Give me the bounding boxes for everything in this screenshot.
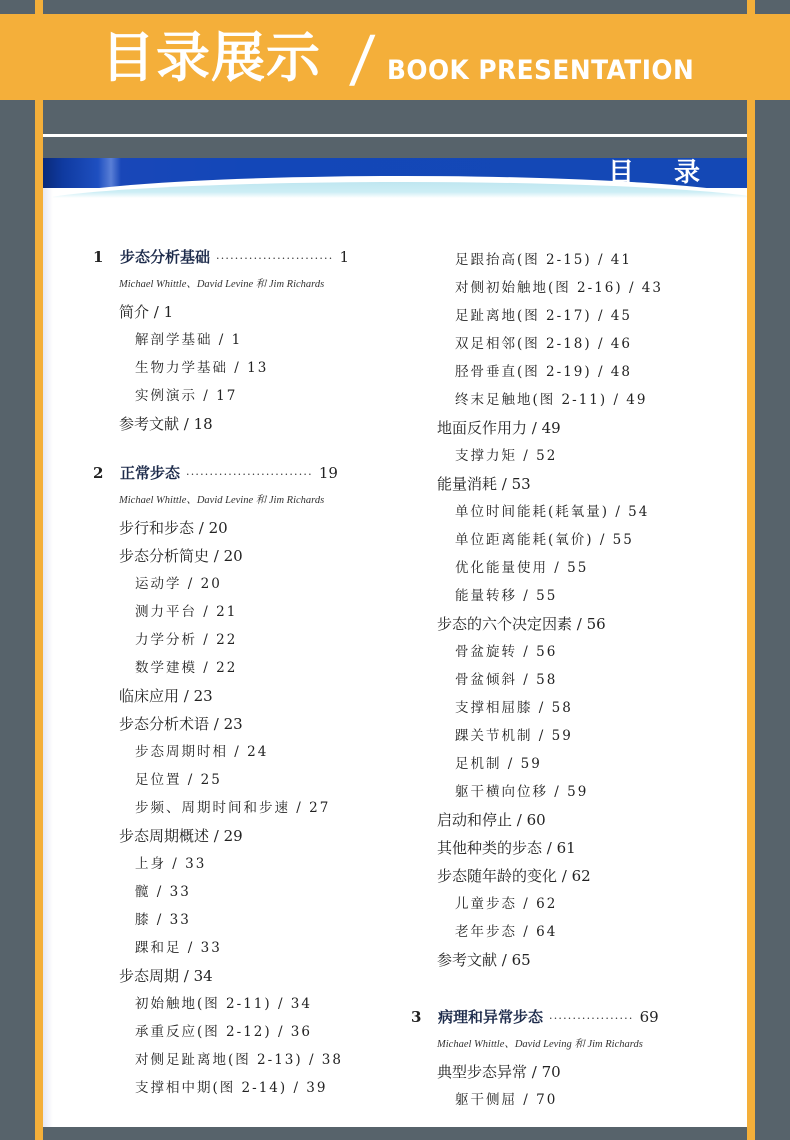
toc-entry[interactable]: 其他种类的步态 / 61 (435, 834, 735, 862)
toc-subentry[interactable]: 足跟抬高(图 2-15) / 41 (435, 246, 735, 274)
toc-chapter-2: 2 正常步态 ··························· 19 Mi… (93, 462, 423, 1102)
chapter-heading[interactable]: 1 步态分析基础 ························· 1 (93, 246, 423, 276)
toc-entry[interactable]: 临床应用 / 23 (93, 682, 423, 710)
chapter-authors: Michael Whittle、David Levine 和 Jim Richa… (93, 276, 423, 298)
banner-title-cn: 目录展示 (101, 30, 321, 86)
chapter-heading[interactable]: 3 病理和异常步态 ·················· 69 (411, 1006, 735, 1036)
toc-subentry[interactable]: 足机制 / 59 (435, 750, 735, 778)
toc-subentry[interactable]: 躯干侧屈 / 70 (435, 1086, 735, 1114)
toc-entry[interactable]: 步态周期 / 34 (93, 962, 423, 990)
toc-column-left: 1 步态分析基础 ························· 1 Mic… (93, 246, 423, 1102)
toc-chapter-3: 3 病理和异常步态 ·················· 69 Michael … (435, 1006, 735, 1114)
toc-subentry[interactable]: 步态周期时相 / 24 (93, 738, 423, 766)
toc-subentry[interactable]: 老年步态 / 64 (435, 918, 735, 946)
toc-subentry[interactable]: 双足相邻(图 2-18) / 46 (435, 330, 735, 358)
toc-subentry[interactable]: 对侧初始触地(图 2-16) / 43 (435, 274, 735, 302)
chapter-gap (93, 438, 423, 462)
toc-subentry[interactable]: 支撑相屈膝 / 58 (435, 694, 735, 722)
toc-entry[interactable]: 步态周期概述 / 29 (93, 822, 423, 850)
right-accent-line (747, 0, 755, 1140)
toc-entry[interactable]: 参考文献 / 65 (435, 946, 735, 974)
toc-entry[interactable]: 能量消耗 / 53 (435, 470, 735, 498)
toc-entry[interactable]: 步态的六个决定因素 / 56 (435, 610, 735, 638)
toc-subentry[interactable]: 踝和足 / 33 (93, 934, 423, 962)
book-page: 目录 1 步态分析基础 ························· 1 … (43, 158, 747, 1127)
toc-subentry[interactable]: 初始触地(图 2-11) / 34 (93, 990, 423, 1018)
banner-separator: / (348, 24, 376, 94)
toc-subentry[interactable]: 测力平台 / 21 (93, 598, 423, 626)
toc-subentry[interactable]: 足趾离地(图 2-17) / 45 (435, 302, 735, 330)
toc-subentry[interactable]: 上身 / 33 (93, 850, 423, 878)
toc-subentry[interactable]: 生物力学基础 / 13 (93, 354, 423, 382)
toc-subentry[interactable]: 足位置 / 25 (93, 766, 423, 794)
chapter-authors: Michael Whittle、David Levine 和 Jim Richa… (93, 492, 423, 514)
toc-subentry[interactable]: 对侧足趾离地(图 2-13) / 38 (93, 1046, 423, 1074)
toc-subentry[interactable]: 单位时间能耗(耗氧量) / 54 (435, 498, 735, 526)
toc-entry[interactable]: 步行和步态 / 20 (93, 514, 423, 542)
toc-subentry[interactable]: 能量转移 / 55 (435, 582, 735, 610)
toc-entry[interactable]: 步态随年龄的变化 / 62 (435, 862, 735, 890)
header-banner: 目录展示 / BOOK PRESENTATION (0, 14, 790, 100)
chapter-authors: Michael Whittle、David Leving 和 Jim Richa… (435, 1036, 735, 1058)
toc-subentry[interactable]: 终末足触地(图 2-11) / 49 (435, 386, 735, 414)
chapter-title: 步态分析基础 (120, 246, 210, 267)
toc-subentry[interactable]: 骨盆旋转 / 56 (435, 638, 735, 666)
toc-chapter-1: 1 步态分析基础 ························· 1 Mic… (93, 246, 423, 438)
toc-subentry[interactable]: 儿童步态 / 62 (435, 890, 735, 918)
chapter-number: 1 (93, 248, 120, 266)
toc-subentry[interactable]: 支撑力矩 / 52 (435, 442, 735, 470)
chapter-title: 病理和异常步态 (438, 1006, 543, 1027)
chapter-title: 正常步态 (120, 462, 180, 483)
chapter-number: 3 (411, 1008, 438, 1026)
chapter-number: 2 (93, 464, 120, 482)
chapter-heading[interactable]: 2 正常步态 ··························· 19 (93, 462, 423, 492)
toc-entry[interactable]: 步态分析术语 / 23 (93, 710, 423, 738)
toc-entry[interactable]: 简介 / 1 (93, 298, 423, 326)
chapter-page: 19 (319, 464, 338, 482)
toc-subentry[interactable]: 承重反应(图 2-12) / 36 (93, 1018, 423, 1046)
toc-subentry[interactable]: 力学分析 / 22 (93, 626, 423, 654)
toc-subentry[interactable]: 数学建模 / 22 (93, 654, 423, 682)
toc-subentry[interactable]: 优化能量使用 / 55 (435, 554, 735, 582)
chapter-gap (435, 974, 735, 1006)
toc-subentry[interactable]: 胫骨垂直(图 2-19) / 48 (435, 358, 735, 386)
page-binding-shadow (43, 188, 53, 1127)
divider-line (43, 134, 747, 137)
toc-subentry[interactable]: 踝关节机制 / 59 (435, 722, 735, 750)
toc-subentry[interactable]: 单位距离能耗(氧价) / 55 (435, 526, 735, 554)
toc-entry[interactable]: 参考文献 / 18 (93, 410, 423, 438)
toc-chapter-2-continued: 足跟抬高(图 2-15) / 41 对侧初始触地(图 2-16) / 43 足趾… (435, 246, 735, 974)
toc-entry[interactable]: 典型步态异常 / 70 (435, 1058, 735, 1086)
left-accent-line (35, 0, 43, 1140)
toc-entry[interactable]: 启动和停止 / 60 (435, 806, 735, 834)
toc-subentry[interactable]: 运动学 / 20 (93, 570, 423, 598)
chapter-page: 1 (339, 248, 349, 266)
banner-title-en: BOOK PRESENTATION (387, 54, 694, 88)
toc-entry[interactable]: 地面反作用力 / 49 (435, 414, 735, 442)
toc-entry[interactable]: 步态分析简史 / 20 (93, 542, 423, 570)
dot-leader: ··························· (180, 468, 319, 481)
toc-subentry[interactable]: 支撑相中期(图 2-14) / 39 (93, 1074, 423, 1102)
dot-leader: ·················· (543, 1012, 640, 1025)
toc-subentry[interactable]: 步频、周期时间和步速 / 27 (93, 794, 423, 822)
toc-subentry[interactable]: 骨盆倾斜 / 58 (435, 666, 735, 694)
toc-subentry[interactable]: 髋 / 33 (93, 878, 423, 906)
chapter-page: 69 (640, 1008, 659, 1026)
toc-subentry[interactable]: 膝 / 33 (93, 906, 423, 934)
page-heading: 目录 (608, 158, 740, 189)
toc-subentry[interactable]: 躯干横向位移 / 59 (435, 778, 735, 806)
toc-subentry[interactable]: 解剖学基础 / 1 (93, 326, 423, 354)
toc-subentry[interactable]: 实例演示 / 17 (93, 382, 423, 410)
toc-column-right: 足跟抬高(图 2-15) / 41 对侧初始触地(图 2-16) / 43 足趾… (435, 246, 735, 1114)
dot-leader: ························· (210, 252, 339, 265)
